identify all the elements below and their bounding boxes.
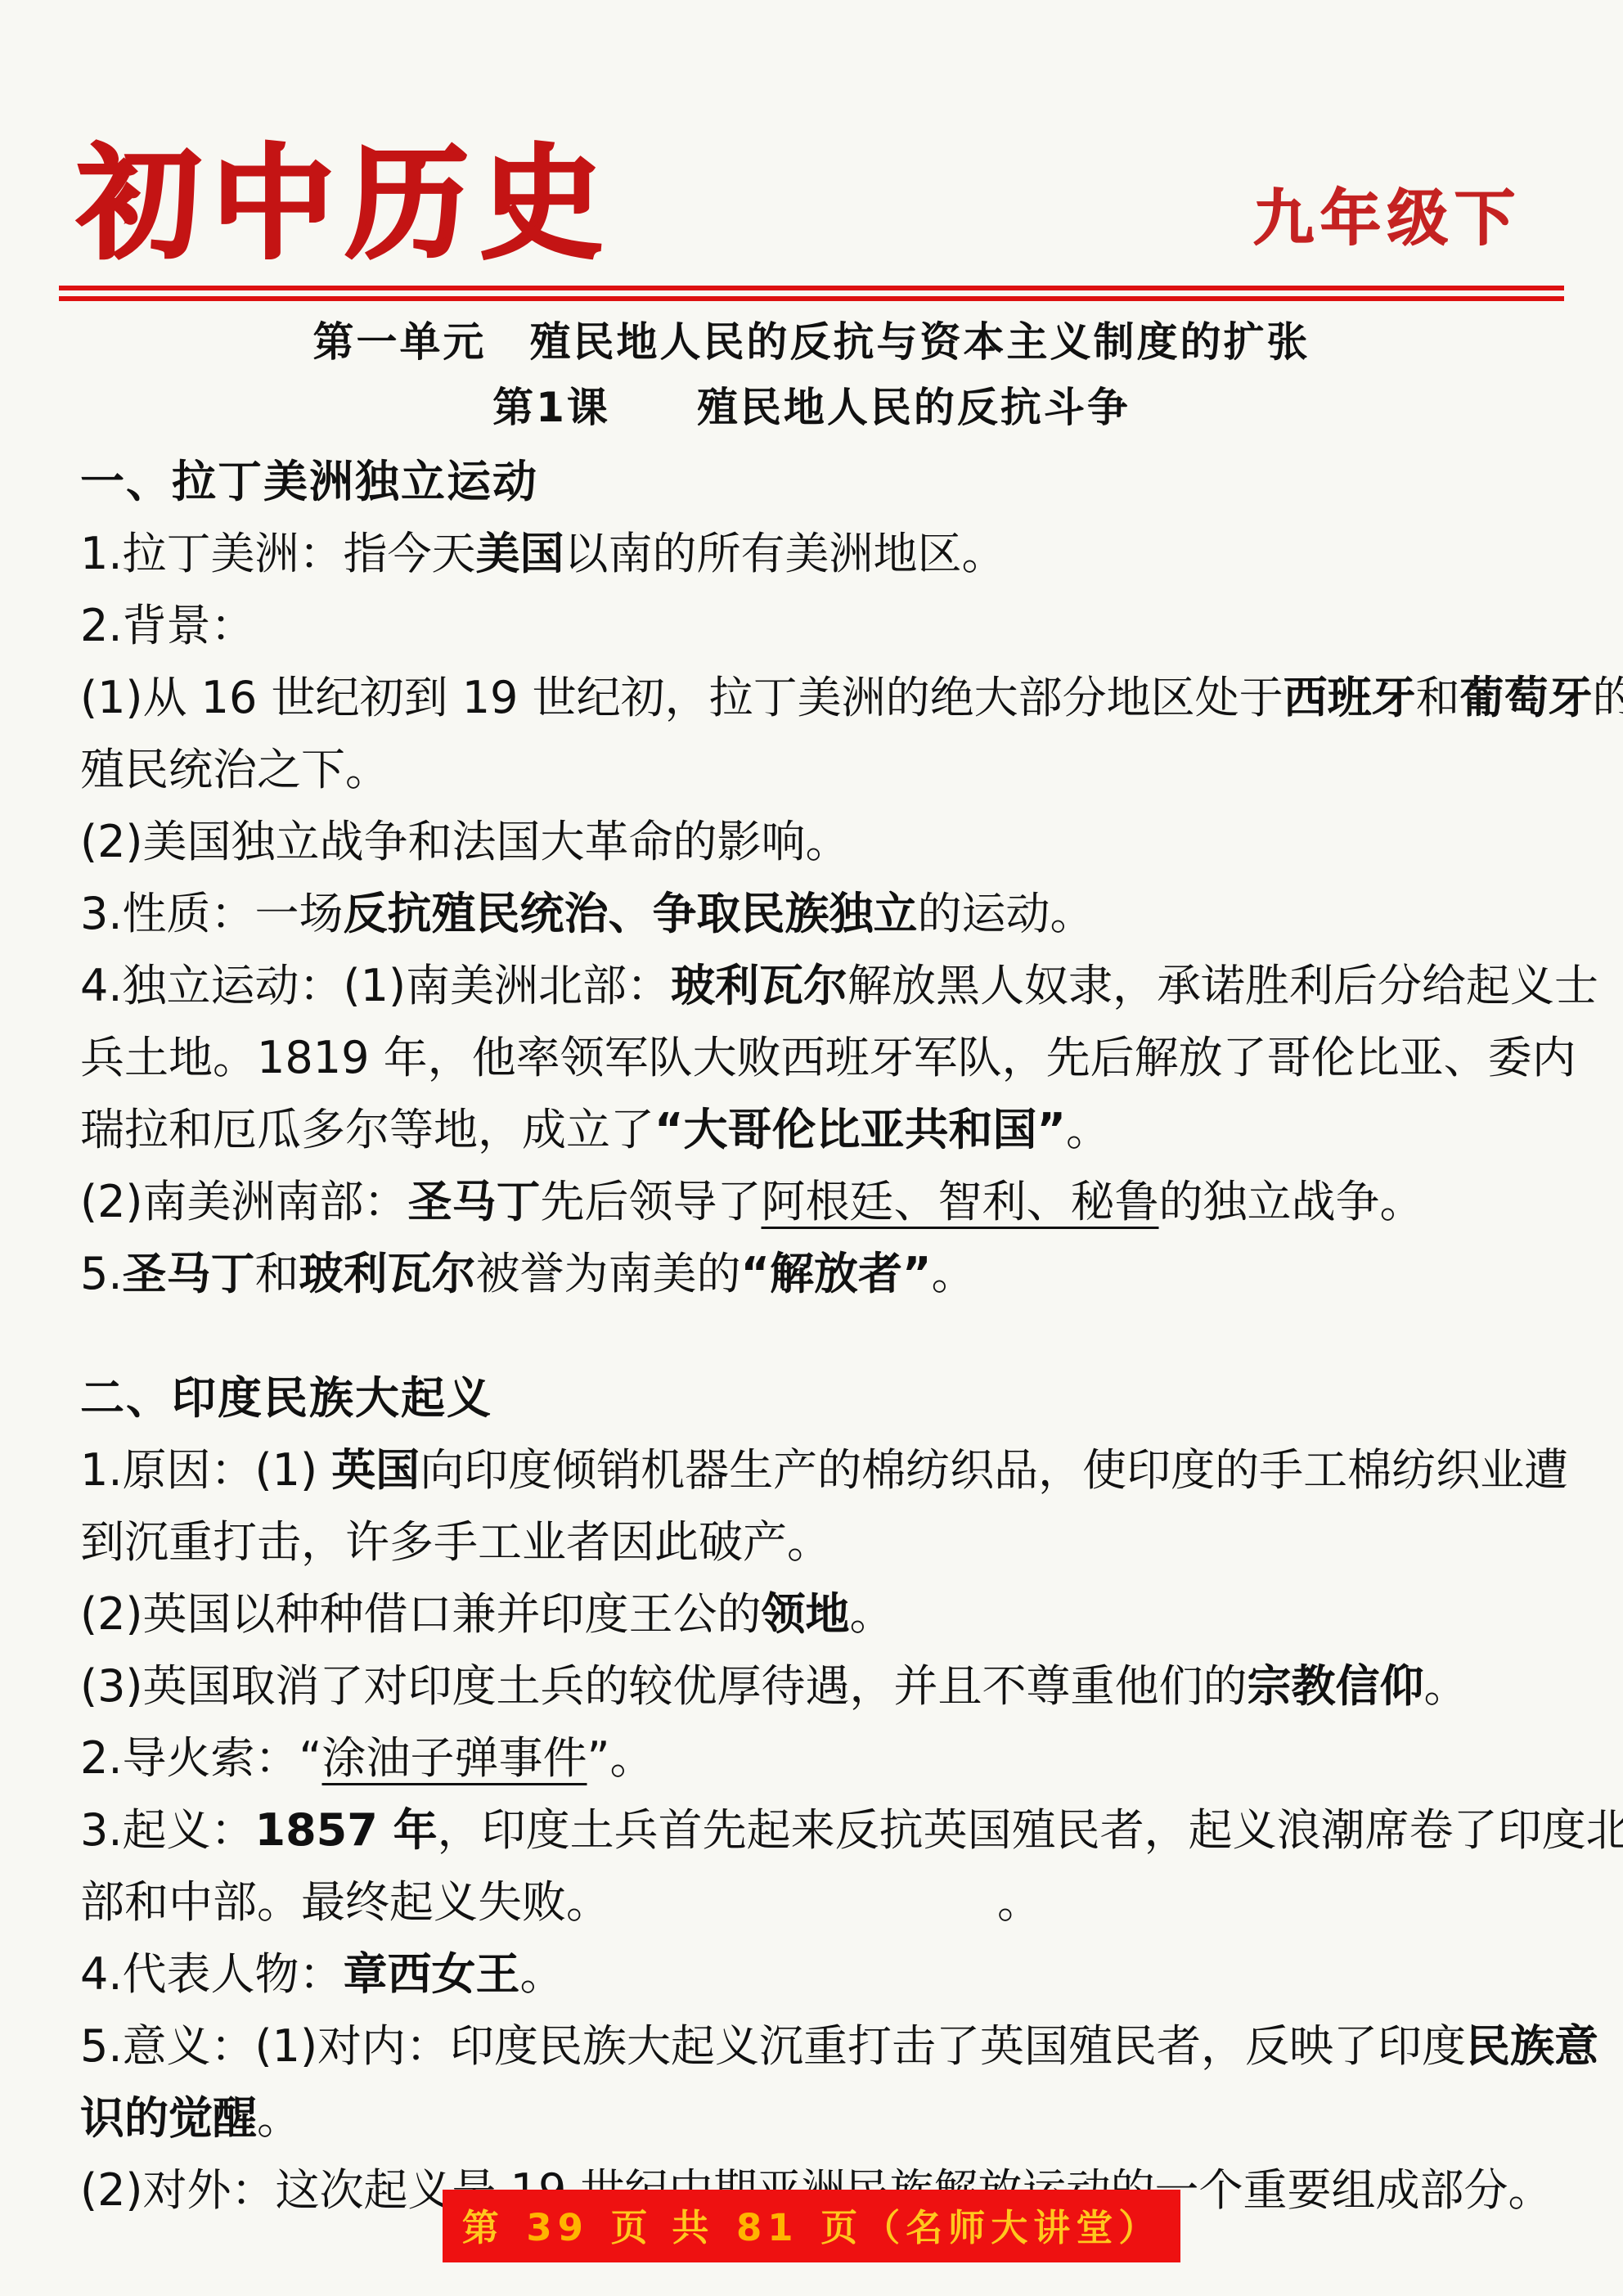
text-segment: 葡萄牙 [1460,672,1593,723]
grade-label: 九年级下 [1253,170,1522,257]
text-segment: 4.独立运动：(1)南美洲北部： [80,960,671,1011]
text-segment: 玻利瓦尔 [299,1248,476,1299]
text-line: 5.意义：(1)对内：印度民族大起义沉重打击了英国殖民者，反映了印度民族意 [80,2010,1585,2082]
text-segment: 解放黑人奴隶，承诺胜利后分给起义士 [847,960,1598,1011]
text-line: 部和中部。最终起义失败。。 [80,1866,1585,1938]
text-segment: (2)美国独立战争和法国大革命的影响。 [80,816,850,867]
text-segment: 页（名师大讲堂） [803,2206,1162,2249]
text-segment: 和 [1416,672,1460,723]
text-segment: 到沉重打击，许多手工业者因此破产。 [80,1516,831,1568]
text-segment: 的独立战争。 [1159,1176,1424,1227]
text-segment: 3.性质：一场 [80,888,344,939]
text-segment: 81 [736,2206,799,2249]
footer: 第 39 页 共 81 页（名师大讲堂） [0,2190,1623,2262]
text-line: 1.原因：(1) 英国向印度倾销机器生产的棉纺织品，使印度的手工棉纺织业遭 [80,1434,1585,1506]
document-body: 一、拉丁美洲独立运动1.拉丁美洲：指今天美国以南的所有美洲地区。2.背景：(1)… [80,446,1585,2226]
footer-badge: 第 39 页 共 81 页（名师大讲堂） [443,2190,1181,2262]
text-line: 兵土地。1819 年，他率领军队大败西班牙军队，先后解放了哥伦比亚、委内 [80,1022,1585,1094]
unit-title: 第一单元 殖民地人民的反抗与资本主义制度的扩张 [0,309,1623,368]
text-segment: 先后领导了 [541,1176,762,1227]
text-segment: 。 [997,1876,1041,1928]
text-line: 2.导火索：“涂油子弹事件”。 [80,1722,1585,1794]
text-segment: 的 [1593,672,1623,723]
text-segment: 页 共 [592,2206,733,2249]
page: { "colors": { "page_bg": "#f8f8f3", "tex… [0,0,1623,2296]
text-segment: 被誉为南美的 [476,1248,741,1299]
brand-title: 初中历史 [78,105,614,281]
text-segment: 。 [520,1948,564,2000]
text-segment: 39 [526,2206,589,2249]
text-segment: 玻利瓦尔 [671,960,847,1011]
text-segment: 美国 [476,528,564,579]
text-segment: 反抗殖民统治、争取民族独立 [344,888,918,939]
text-line: (3)英国取消了对印度土兵的较优厚待遇，并且不尊重他们的宗教信仰。 [80,1650,1585,1722]
text-line: 5.圣马丁和玻利瓦尔被誉为南美的“解放者”。 [80,1238,1585,1310]
text-segment: 1.拉丁美洲：指今天 [80,528,476,579]
text-line: (2)美国独立战争和法国大革命的影响。 [80,806,1585,878]
text-segment: 的运动。 [918,888,1095,939]
text-line: 识的觉醒。 [80,2082,1585,2154]
text-segment: 以南的所有美洲地区。 [564,528,1006,579]
text-segment: 殖民统治之下。 [80,744,389,795]
text-line: 2.背景： [80,590,1585,662]
text-line: (2)英国以种种借口兼并印度王公的领地。 [80,1578,1585,1650]
section-heading: 二、印度民族大起义 [80,1362,1585,1434]
text-segment: 涂油子弹事件 [322,1732,587,1784]
text-segment: 2.导火索：“ [80,1732,322,1784]
text-segment: 领地 [762,1588,850,1640]
text-segment: (1)从 16 世纪初到 19 世纪初，拉丁美洲的绝大部分地区处于 [80,672,1284,723]
text-segment: 英国 [331,1444,420,1496]
text-line: 1.拉丁美洲：指今天美国以南的所有美洲地区。 [80,518,1585,590]
text-line: 3.起义：1857 年，印度土兵首先起来反抗英国殖民者，起义浪潮席卷了印度北 [80,1794,1585,1866]
text-segment: 3.起义： [80,1804,255,1856]
text-segment: 部和中部。最终起义失败。 [80,1876,588,1928]
text-line: 4.独立运动：(1)南美洲北部：玻利瓦尔解放黑人奴隶，承诺胜利后分给起义士 [80,950,1585,1022]
text-line: 3.性质：一场反抗殖民统治、争取民族独立的运动。 [80,878,1585,950]
text-segment: 圣马丁 [408,1176,541,1227]
text-segment: 5.意义：(1)对内：印度民族大起义沉重打击了英国殖民者，反映了印度 [80,2020,1466,2072]
text-segment: 二、印度民族大起义 [80,1372,492,1424]
text-line: 殖民统治之下。 [80,734,1585,806]
text-segment: 。 [257,2092,301,2144]
text-segment: ”。 [587,1732,654,1784]
text-segment: 5. [80,1248,123,1299]
text-segment: 瑞拉和厄瓜多尔等地，成立了 [80,1104,654,1155]
text-line: 瑞拉和厄瓜多尔等地，成立了“大哥伦比亚共和国”。 [80,1094,1585,1166]
blank-line [80,1310,1585,1362]
text-segment: (2)南美洲南部： [80,1176,408,1227]
text-segment: 1.原因：(1) [80,1444,331,1496]
text-segment: 。 [850,1588,894,1640]
text-segment: 民族意 [1466,2020,1598,2072]
text-segment: 向印度倾销机器生产的棉纺织品，使印度的手工棉纺织业遭 [420,1444,1568,1496]
text-segment: 1857 年 [255,1804,438,1856]
text-segment: “大哥伦比亚共和国” [654,1104,1066,1155]
text-segment: 4.代表人物： [80,1948,344,2000]
text-segment: ，印度土兵首先起来反抗英国殖民者，起义浪潮席卷了印度北 [438,1804,1623,1856]
text-segment: 章西女王 [344,1948,520,2000]
text-line: 到沉重打击，许多手工业者因此破产。 [80,1506,1585,1578]
text-segment: 圣马丁 [123,1248,255,1299]
section-heading: 一、拉丁美洲独立运动 [80,446,1585,518]
text-segment: (3)英国取消了对印度土兵的较优厚待遇，并且不尊重他们的 [80,1660,1248,1712]
text-segment: “解放者” [741,1248,932,1299]
text-segment: 识的觉醒 [80,2092,257,2144]
text-segment: 第 [462,2206,524,2249]
text-segment: 宗教信仰 [1248,1660,1424,1712]
text-line: 4.代表人物：章西女王。 [80,1938,1585,2010]
text-segment: 。 [932,1248,976,1299]
text-segment: 2.背景： [80,600,255,651]
header-divider [59,286,1564,301]
text-segment: 和 [255,1248,299,1299]
text-segment: 西班牙 [1284,672,1416,723]
text-line: (1)从 16 世纪初到 19 世纪初，拉丁美洲的绝大部分地区处于西班牙和葡萄牙… [80,662,1585,734]
text-line: (2)南美洲南部：圣马丁先后领导了阿根廷、智利、秘鲁的独立战争。 [80,1166,1585,1238]
lesson-title: 第1课 殖民地人民的反抗斗争 [0,375,1623,434]
text-segment: 兵土地。1819 年，他率领军队大败西班牙军队，先后解放了哥伦比亚、委内 [80,1032,1576,1083]
text-segment: (2)英国以种种借口兼并印度王公的 [80,1588,762,1640]
text-segment: 。 [1424,1660,1468,1712]
text-segment: 一、拉丁美洲独立运动 [80,456,538,507]
text-segment: 阿根廷、智利、秘鲁 [762,1176,1159,1227]
text-segment: 。 [1066,1104,1110,1155]
